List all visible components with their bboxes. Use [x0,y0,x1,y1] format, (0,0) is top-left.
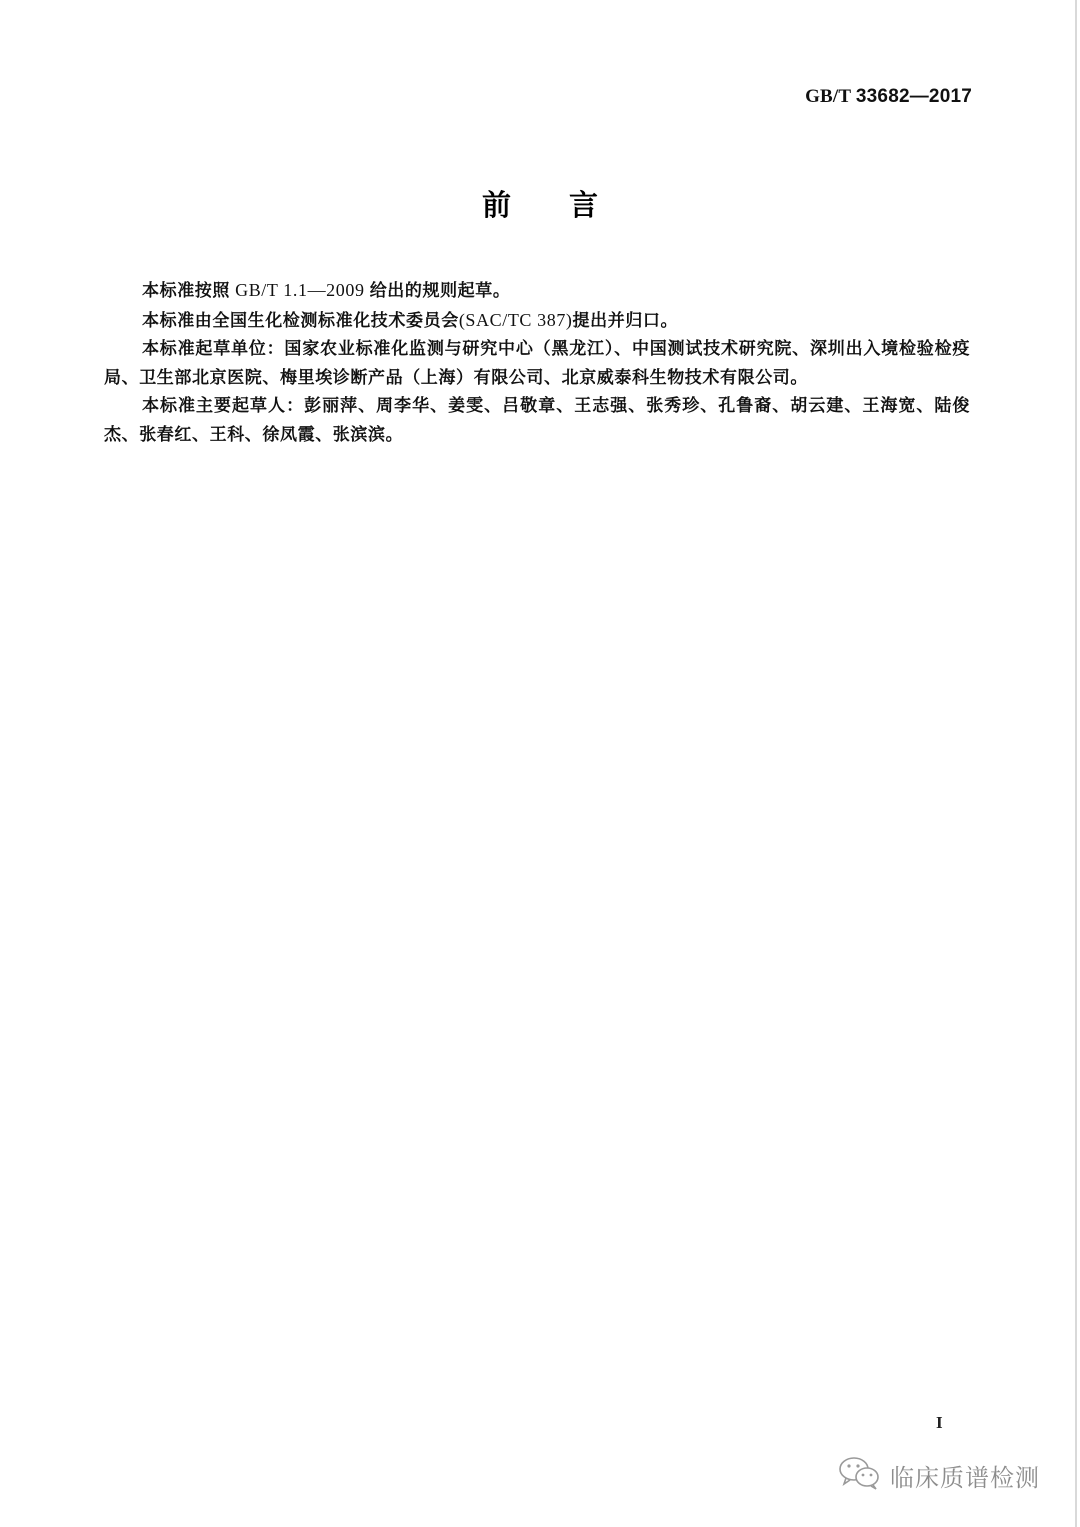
wechat-icon [838,1455,882,1495]
standard-prefix: GB/T [805,86,851,107]
paragraph-drafting-units: 本标准起草单位：国家农业标准化监测与研究中心（黑龙江）、中国测试技术研究院、深圳… [104,335,970,392]
standard-code: 33682—2017 [856,86,972,107]
text-span: 给出的规则起草。 [370,281,511,301]
paragraph-drafters: 本标准主要起草人：彭丽萍、周李华、姜雯、吕敬章、王志强、张秀珍、孔鲁裔、胡云建、… [104,392,970,449]
text-span: 本标准按照 [142,281,230,301]
foreword-body: 本标准按照 GB/T 1.1—2009 给出的规则起草。 本标准由全国生化检测标… [104,276,970,449]
text-span: 提出并归口。 [573,311,679,331]
text-span: 本标准起草单位：国家农业标准化监测与研究中心（黑龙江）、中国测试技术研究院、深圳… [104,339,970,388]
text-span: 本标准由全国生化检测标准化技术委员会 [142,311,459,331]
text-span: 本标准主要起草人：彭丽萍、周李华、姜雯、吕敬章、王志强、张秀珍、孔鲁裔、胡云建、… [104,396,970,445]
page-edge-divider [1075,0,1077,1527]
paragraph-proposer: 本标准由全国生化检测标准化技术委员会(SAC/TC 387)提出并归口。 [104,306,970,336]
page-title: 前言 [0,183,1080,224]
paragraph-drafting-rules: 本标准按照 GB/T 1.1—2009 给出的规则起草。 [104,276,970,306]
page-number: I [936,1413,943,1433]
watermark: 临床质谱检测 [838,1455,1040,1495]
standard-number: GB/T 33682—2017 [805,86,972,108]
text-span-latin: GB/T 1.1—2009 [230,280,370,300]
text-span-latin: (SAC/TC 387) [459,310,573,330]
watermark-text: 临床质谱检测 [890,1458,1040,1493]
